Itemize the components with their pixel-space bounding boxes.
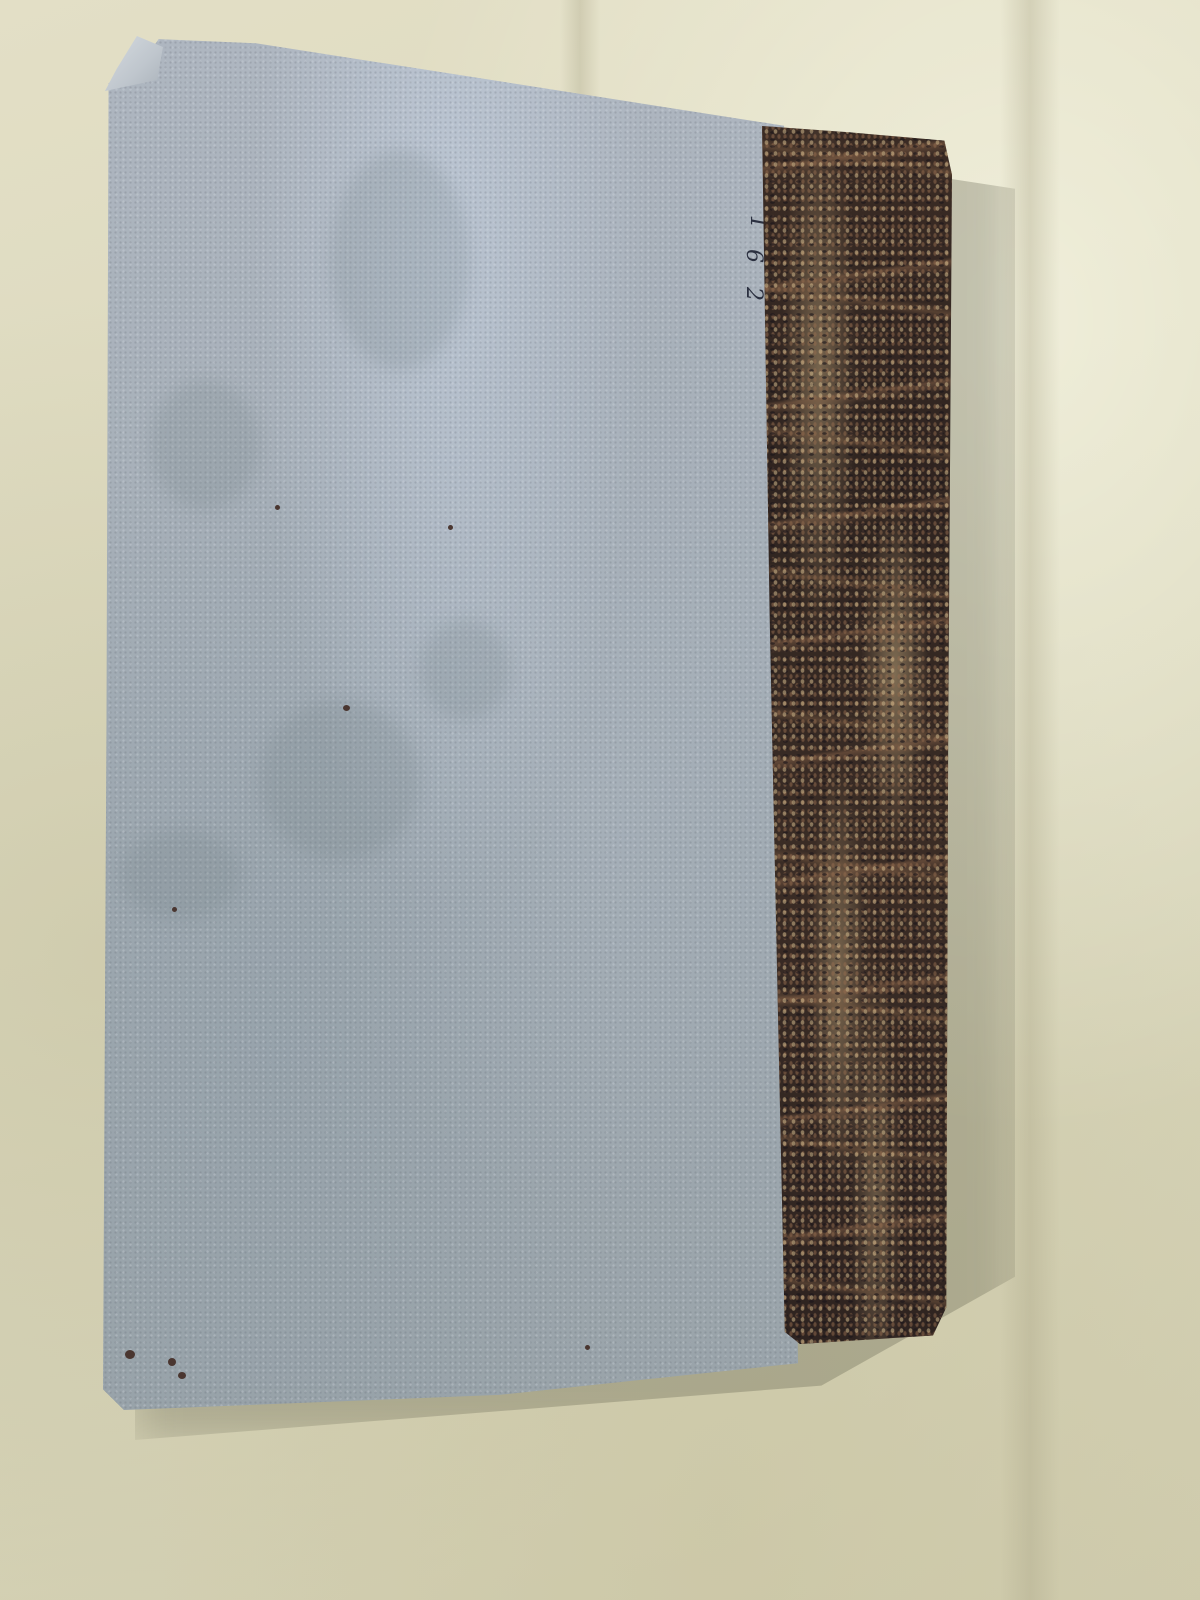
ink-spot xyxy=(178,1372,186,1379)
book: 1 6 2 xyxy=(0,0,1200,1600)
water-stain xyxy=(420,620,510,720)
ink-spot xyxy=(585,1345,590,1350)
ink-spot xyxy=(125,1350,135,1359)
water-stain xyxy=(330,150,470,370)
photo-scene: 1 6 2 xyxy=(0,0,1200,1600)
handwritten-mark-3: 2 xyxy=(742,287,764,301)
handwritten-mark-2: 6 xyxy=(742,249,764,263)
ink-spot xyxy=(172,907,177,912)
ink-spot xyxy=(168,1358,176,1366)
ink-spot xyxy=(275,505,280,510)
ink-spot xyxy=(448,525,453,530)
ink-spot xyxy=(343,705,350,711)
water-stain xyxy=(260,700,420,860)
marbled-spine xyxy=(762,126,952,1344)
water-stain xyxy=(120,830,240,920)
water-stain xyxy=(150,380,260,510)
